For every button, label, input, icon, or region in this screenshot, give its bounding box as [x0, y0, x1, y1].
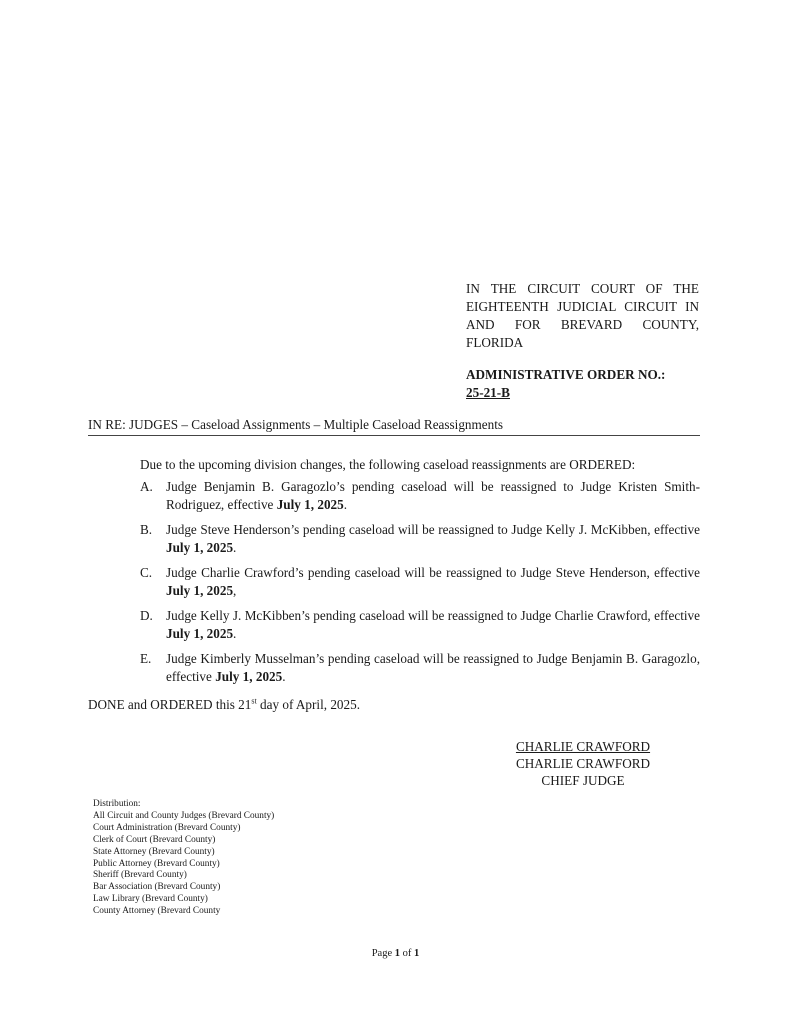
item-end: .	[233, 626, 236, 641]
item-letter: B.	[140, 521, 152, 539]
distribution-recipient: Law Library (Brevard County)	[93, 894, 353, 906]
done-prefix: DONE and ORDERED this 21	[88, 697, 251, 712]
order-number: 25-21-B	[466, 385, 510, 400]
intro-paragraph: Due to the upcoming division changes, th…	[140, 456, 710, 474]
item-date: July 1, 2025	[277, 497, 344, 512]
order-title: ADMINISTRATIVE ORDER NO.: 25-21-B	[466, 366, 706, 402]
item-text: Judge Kelly J. McKibben’s pending caselo…	[166, 608, 700, 623]
signature: CHARLIE CRAWFORD	[490, 738, 676, 755]
item-text: Judge Charlie Crawford’s pending caseloa…	[166, 565, 700, 580]
list-item: A. Judge Benjamin B. Garagozlo’s pending…	[140, 478, 700, 514]
item-text: Judge Steve Henderson’s pending caseload…	[166, 522, 700, 537]
item-letter: E.	[140, 650, 151, 668]
distribution-recipient: Public Attorney (Brevard County)	[93, 859, 353, 871]
list-item: E. Judge Kimberly Musselman’s pending ca…	[140, 650, 700, 686]
item-end: ,	[233, 583, 236, 598]
distribution-recipient: Sheriff (Brevard County)	[93, 870, 353, 882]
of-label: of	[400, 948, 414, 959]
caption-line: IN THE CIRCUIT COURT OF THE	[466, 280, 699, 298]
signer-name: CHARLIE CRAWFORD	[490, 755, 676, 772]
item-date: July 1, 2025	[166, 626, 233, 641]
distribution-heading: Distribution:	[93, 799, 353, 811]
page-footer: Page 1 of 1	[0, 947, 791, 960]
done-and-ordered: DONE and ORDERED this 21st day of April,…	[88, 696, 488, 714]
signer-title: CHIEF JUDGE	[490, 772, 676, 789]
list-item: C. Judge Charlie Crawford’s pending case…	[140, 564, 700, 600]
distribution-recipient: State Attorney (Brevard County)	[93, 847, 353, 859]
caption-line: EIGHTEENTH JUDICIAL CIRCUIT IN	[466, 298, 699, 316]
caption-line: FLORIDA	[466, 334, 699, 352]
item-end: .	[282, 669, 285, 684]
distribution-recipient: County Attorney (Brevard County	[93, 906, 353, 918]
item-date: July 1, 2025	[166, 540, 233, 555]
item-end: .	[233, 540, 236, 555]
distribution-recipient: Clerk of Court (Brevard County)	[93, 835, 353, 847]
item-letter: A.	[140, 478, 153, 496]
signature-block: CHARLIE CRAWFORD CHARLIE CRAWFORD CHIEF …	[490, 738, 676, 789]
item-date: July 1, 2025	[215, 669, 282, 684]
distribution-list: Distribution: All Circuit and County Jud…	[93, 799, 353, 918]
item-text: Judge Benjamin B. Garagozlo’s pending ca…	[166, 479, 700, 512]
caption-line: AND FOR BREVARD COUNTY,	[466, 316, 699, 334]
court-caption: IN THE CIRCUIT COURT OF THE EIGHTEENTH J…	[466, 280, 699, 352]
order-label: ADMINISTRATIVE ORDER NO.:	[466, 366, 706, 384]
re-line: IN RE: JUDGES – Caseload Assignments – M…	[88, 416, 700, 436]
item-letter: D.	[140, 607, 153, 625]
item-letter: C.	[140, 564, 152, 582]
reassignment-list: A. Judge Benjamin B. Garagozlo’s pending…	[140, 478, 700, 693]
done-suffix: day of April, 2025.	[257, 697, 360, 712]
list-item: B. Judge Steve Henderson’s pending casel…	[140, 521, 700, 557]
page-label: Page	[372, 948, 395, 959]
distribution-recipient: All Circuit and County Judges (Brevard C…	[93, 811, 353, 823]
total-pages: 1	[414, 948, 419, 959]
distribution-recipient: Court Administration (Brevard County)	[93, 823, 353, 835]
item-date: July 1, 2025	[166, 583, 233, 598]
item-end: .	[344, 497, 347, 512]
distribution-recipient: Bar Association (Brevard County)	[93, 882, 353, 894]
list-item: D. Judge Kelly J. McKibben’s pending cas…	[140, 607, 700, 643]
